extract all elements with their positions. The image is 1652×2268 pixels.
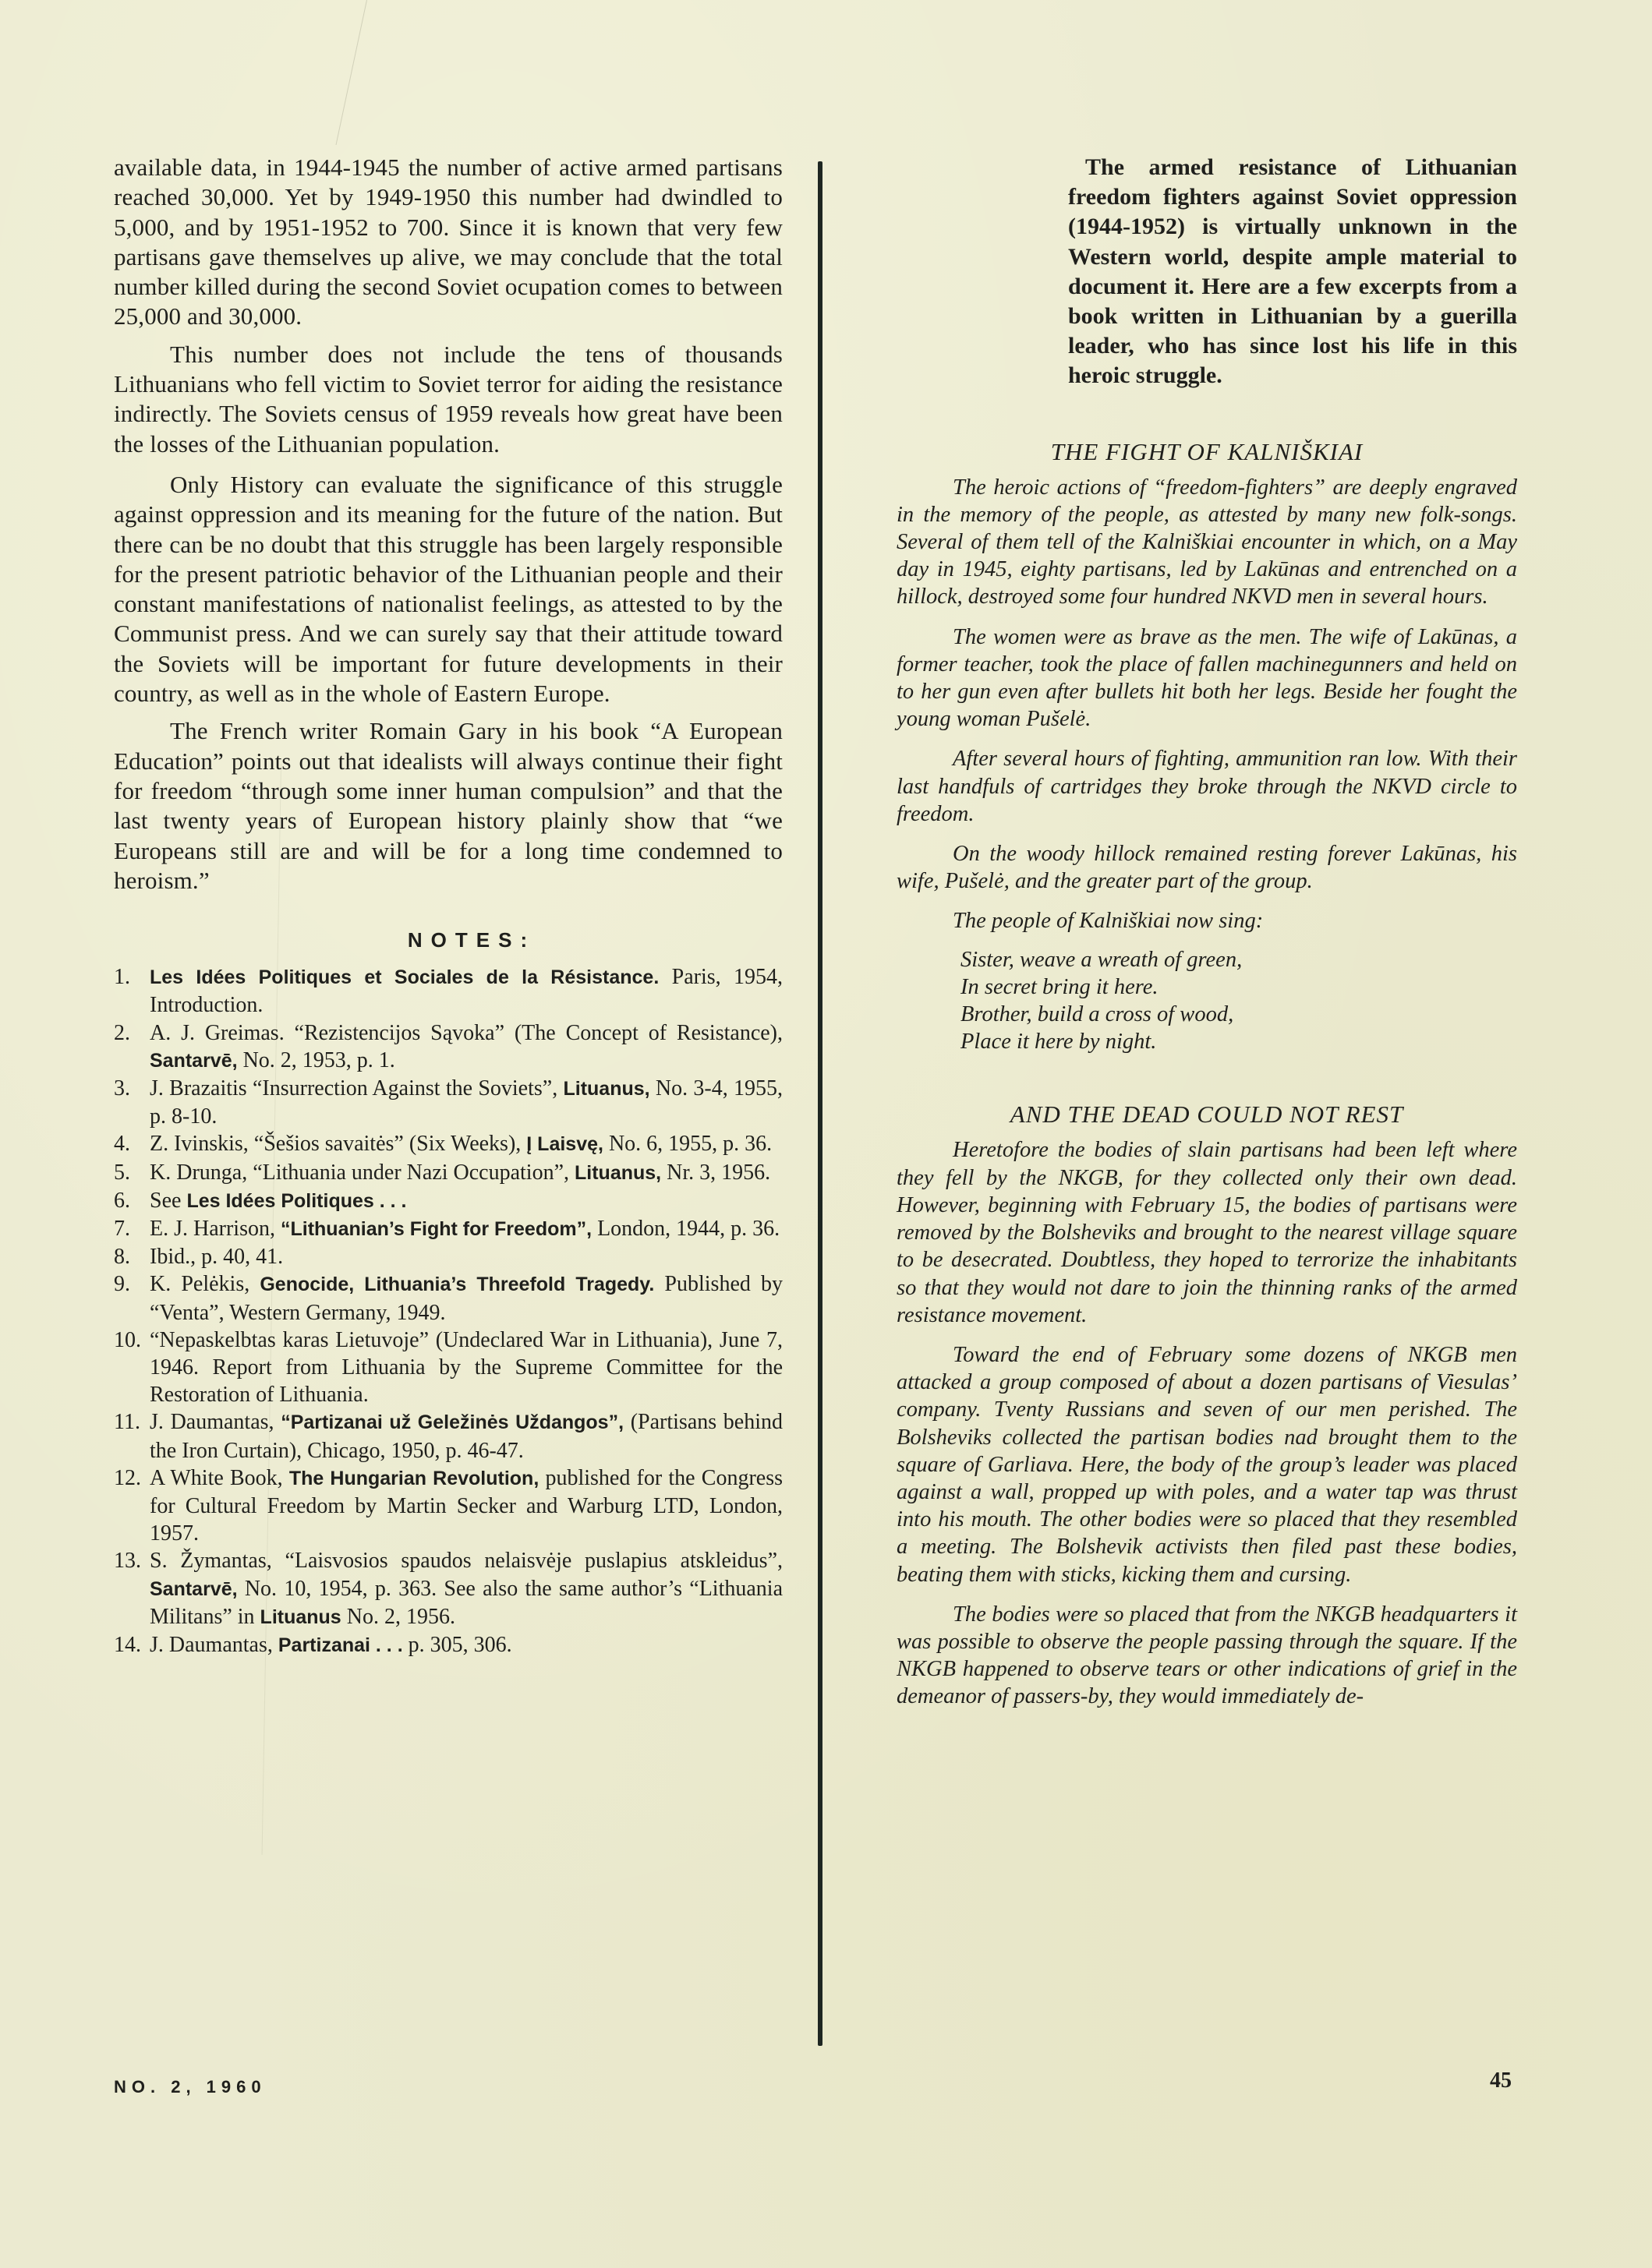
note-title: Lituanus, [575,1162,661,1184]
note-citation: Nr. 3, 1956. [661,1160,770,1185]
note-number: 5. [114,1159,145,1186]
note-citation: London, 1944, p. 36. [592,1217,780,1241]
note-number: 2. [114,1019,145,1047]
note-number: 7. [114,1215,145,1242]
note-citation: K. Drunga, “Lithuania under Nazi Occupat… [150,1160,575,1185]
page-number: 45 [1490,2068,1512,2093]
poem-line: In secret bring it here. [960,973,1517,1001]
note-number: 13. [114,1547,145,1574]
note-title: Lituanus, [563,1078,649,1100]
paragraph: The women were as brave as the men. The … [897,624,1517,733]
note-text: J. Daumantas, Partizanai . . . p. 305, 3… [150,1633,512,1657]
paragraph: The French writer Romain Gary in his boo… [114,716,783,896]
note-text: K. Drunga, “Lithuania under Nazi Occupat… [150,1160,770,1185]
note-number: 4. [114,1130,145,1157]
note-text: See Les Idées Politiques . . . [150,1189,406,1213]
article-intro: The armed resistance of Lithuanian freed… [1068,153,1517,391]
note-citation: A. J. Greimas. “Rezistencijos Sąvoka” (T… [150,1021,783,1045]
right-column: The armed resistance of Lithuanian freed… [897,153,1517,1711]
note-number: 8. [114,1243,145,1270]
note-text: A White Book, The Hungarian Revolution, … [150,1466,783,1546]
note-item: 12.A White Book, The Hungarian Revolutio… [114,1464,783,1548]
note-item: 8.Ibid., p. 40, 41. [114,1243,783,1270]
note-text: Les Idées Politiques et Sociales de la R… [150,965,783,1017]
note-citation: S. Žymantas, “Laisvosios spaudos nelaisv… [150,1549,783,1573]
paragraph: This number does not include the tens of… [114,340,783,459]
note-number: 14. [114,1631,145,1659]
note-title: Lituanus [260,1606,341,1628]
note-item: 14.J. Daumantas, Partizanai . . . p. 305… [114,1631,783,1659]
note-text: K. Pelėkis, Genocide, Lithuania’s Threef… [150,1272,783,1324]
paragraph: Heretofore the bodies of slain partisans… [897,1136,1517,1328]
note-number: 6. [114,1187,145,1214]
note-item: 3.J. Brazaitis “Insurrection Against the… [114,1075,783,1130]
note-number: 11. [114,1408,145,1436]
paragraph: Toward the end of February some dozens o… [897,1341,1517,1588]
note-citation: No. 2, 1953, p. 1. [238,1048,395,1072]
note-title: Į Laisvę, [526,1133,603,1155]
note-item: 13.S. Žymantas, “Laisvosios spaudos nela… [114,1547,783,1631]
note-citation: J. Daumantas, [150,1633,278,1657]
note-citation: “Nepaskelbtas karas Lietuvoje” (Undeclar… [150,1328,783,1407]
note-citation: No. 10, 1954, p. 363. See also the same … [150,1577,783,1629]
left-column: available data, in 1944-1945 the number … [114,153,783,1659]
note-citation: See [150,1189,186,1213]
note-title: Santarvē, [150,1578,238,1600]
paragraph: The people of Kalniškiai now sing: [897,907,1517,934]
note-title: Les Idées Politiques et Sociales de la R… [150,966,659,988]
note-text: J. Brazaitis “Insurrection Against the S… [150,1076,783,1129]
paragraph: The bodies were so placed that from the … [897,1601,1517,1711]
note-text: Z. Ivinskis, “Šešios savaitės” (Six Week… [150,1132,772,1156]
issue-label: NO. 2, 1960 [114,2077,267,2097]
note-number: 3. [114,1075,145,1102]
note-item: 11.J. Daumantas, “Partizanai už Geležinė… [114,1408,783,1464]
note-title: The Hungarian Revolution, [289,1468,539,1489]
paragraph: The heroic actions of “freedom-fighters”… [897,474,1517,611]
poem-line: Sister, weave a wreath of green, [960,946,1517,973]
note-text: E. J. Harrison, “Lithuanian’s Fight for … [150,1217,780,1241]
note-item: 10.“Nepaskelbtas karas Lietuvoje” (Undec… [114,1327,783,1409]
note-citation: E. J. Harrison, [150,1217,281,1241]
note-citation: K. Pelėkis, [150,1272,260,1296]
note-title: “Lithuanian’s Fight for Freedom”, [281,1218,592,1240]
note-item: 6.See Les Idées Politiques . . . [114,1187,783,1215]
note-title: Santarvē, [150,1050,238,1072]
note-item: 9.K. Pelėkis, Genocide, Lithuania’s Thre… [114,1270,783,1326]
note-citation: J. Daumantas, [150,1410,281,1434]
note-item: 4.Z. Ivinskis, “Šešios savaitės” (Six We… [114,1130,783,1158]
note-number: 1. [114,963,145,991]
note-item: 1.Les Idées Politiques et Sociales de la… [114,963,783,1019]
section-heading: THE FIGHT OF KALNIŠKIAI [897,438,1517,466]
note-citation: J. Brazaitis “Insurrection Against the S… [150,1076,563,1100]
note-item: 7.E. J. Harrison, “Lithuanian’s Fight fo… [114,1215,783,1243]
note-text: J. Daumantas, “Partizanai už Geležinės U… [150,1410,783,1462]
section-heading: AND THE DEAD COULD NOT REST [897,1100,1517,1129]
paragraph: available data, in 1944-1945 the number … [114,153,783,332]
paragraph: Only History can evaluate the significan… [114,470,783,708]
note-citation: No. 2, 1956. [341,1605,455,1629]
note-number: 10. [114,1327,145,1354]
notes-list: 1.Les Idées Politiques et Sociales de la… [114,963,783,1659]
note-number: 9. [114,1270,145,1298]
note-title: Genocide, Lithuania’s Threefold Tragedy. [260,1274,654,1295]
poem-line: Brother, build a cross of wood, [960,1001,1517,1028]
note-item: 2.A. J. Greimas. “Rezistencijos Sąvoka” … [114,1019,783,1075]
paragraph: On the woody hillock remained resting fo… [897,840,1517,895]
left-body: available data, in 1944-1945 the number … [114,153,783,896]
note-citation: Ibid., p. 40, 41. [150,1245,283,1269]
note-citation: Z. Ivinskis, “Šešios savaitės” (Six Week… [150,1132,526,1156]
paragraph: After several hours of fighting, ammunit… [897,745,1517,828]
folk-song-verse: Sister, weave a wreath of green, In secr… [960,946,1517,1056]
column-divider [818,161,822,2046]
note-text: S. Žymantas, “Laisvosios spaudos nelaisv… [150,1549,783,1628]
note-title: Les Idées Politiques . . . [186,1190,406,1212]
note-text: “Nepaskelbtas karas Lietuvoje” (Undeclar… [150,1328,783,1407]
notes-heading: NOTES: [114,928,783,952]
note-citation: p. 305, 306. [403,1633,512,1657]
poem-line: Place it here by night. [960,1028,1517,1055]
note-citation: No. 6, 1955, p. 36. [603,1132,772,1156]
note-citation: A White Book, [150,1466,289,1490]
note-title: Partizanai . . . [278,1634,403,1656]
note-text: A. J. Greimas. “Rezistencijos Sąvoka” (T… [150,1021,783,1072]
note-text: Ibid., p. 40, 41. [150,1245,283,1269]
note-number: 12. [114,1464,145,1492]
note-item: 5.K. Drunga, “Lithuania under Nazi Occup… [114,1159,783,1187]
note-title: “Partizanai už Geležinės Uždangos”, [281,1411,624,1433]
